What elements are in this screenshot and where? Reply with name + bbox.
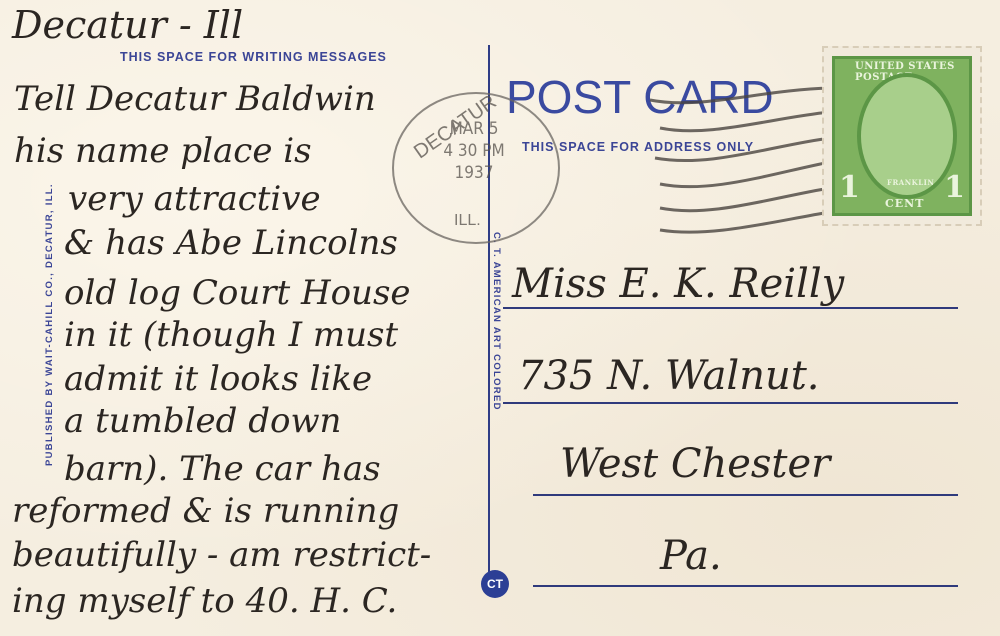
cancellation-lines [640, 80, 840, 240]
address-rule [533, 585, 958, 587]
publisher-credit: PUBLISHED BY WAIT-CAHILL CO., DECATUR, I… [44, 183, 55, 466]
address-line-state: Pa. [660, 536, 722, 576]
postmark-state: ILL. [454, 212, 481, 230]
message-line: a tumbled down [64, 404, 341, 438]
message-line: in it (though I must [64, 318, 398, 352]
colored-credit: C. T. AMERICAN ART COLORED [491, 232, 502, 411]
message-line: very attractive [68, 182, 321, 216]
address-rule [533, 494, 958, 496]
postmark: DECATUR MAR 5 4 30 PM 1937 ILL. [392, 92, 560, 244]
message-space-label: THIS SPACE FOR WRITING MESSAGES [120, 50, 387, 64]
stamp-portrait-name: FRANKLIN [887, 178, 934, 187]
postcard-back: Decatur - Ill THIS SPACE FOR WRITING MES… [0, 0, 1000, 636]
message-line: reformed & is running [12, 494, 399, 528]
postage-stamp: UNITED STATES POSTAGE FRANKLIN 1 1 CENT [822, 46, 982, 226]
stamp-denomination-right: 1 [944, 170, 965, 205]
message-line: barn). The car has [64, 452, 381, 486]
postmark-date: MAR 5 [434, 120, 514, 140]
address-line-name: Miss E. K. Reilly [512, 264, 844, 304]
address-line-street: 735 N. Walnut. [518, 356, 820, 396]
stamp-unit: CENT [885, 197, 924, 210]
postmark-year: 1937 [434, 164, 514, 184]
message-line: & has Abe Lincolns [64, 226, 398, 260]
message-line: beautifully - am restrict- [12, 538, 431, 572]
message-line: Tell Decatur Baldwin [14, 82, 376, 116]
postmark-time: 4 30 PM [434, 142, 514, 162]
stamp-denomination-left: 1 [839, 170, 860, 205]
message-line: admit it looks like [64, 362, 372, 396]
message-line: ing myself to 40. H. C. [12, 584, 397, 618]
address-rule [503, 402, 958, 404]
message-line: his name place is [14, 134, 312, 168]
address-line-city: West Chester [560, 444, 830, 484]
publisher-logo-icon: CT [481, 570, 509, 598]
address-rule [503, 307, 958, 309]
message-heading: Decatur - Ill [12, 6, 243, 44]
message-line: old log Court House [64, 276, 411, 310]
